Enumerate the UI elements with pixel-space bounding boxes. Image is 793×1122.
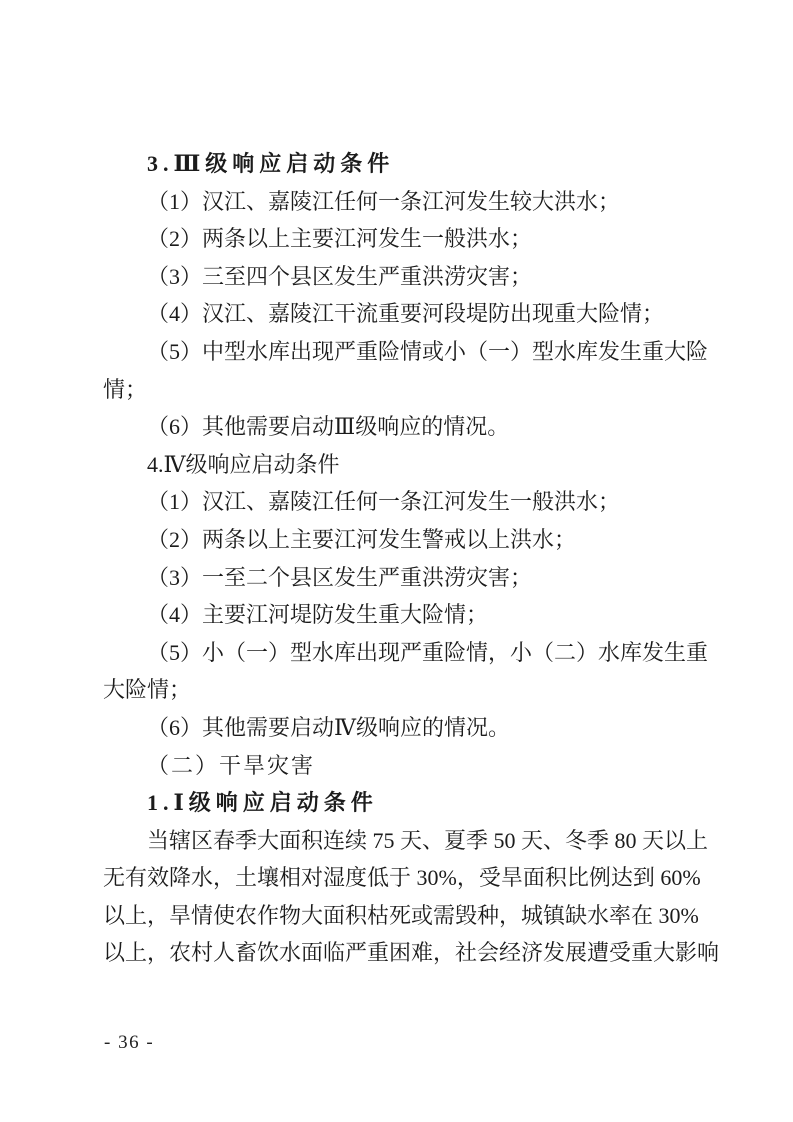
text-line: （4）主要江河堤防发生重大险情； — [103, 596, 715, 634]
text-line: （3）一至二个县区发生严重洪涝灾害； — [103, 559, 715, 597]
text-line: （5）中型水库出现严重险情或小（一）型水库发生重大险 — [103, 333, 715, 371]
text-line: （2）两条以上主要江河发生警戒以上洪水； — [103, 521, 715, 559]
heading-line: 3.Ⅲ级响应启动条件 — [103, 145, 715, 183]
text-line: 4.Ⅳ级响应启动条件 — [103, 446, 715, 484]
text-line: （1）汉江、嘉陵江任何一条江河发生一般洪水； — [103, 483, 715, 521]
text-line: （5）小（一）型水库出现严重险情，小（二）水库发生重 — [103, 634, 715, 672]
heading-line: 1.Ⅰ级响应启动条件 — [103, 784, 715, 822]
text-line: （6）其他需要启动Ⅳ级响应的情况。 — [103, 709, 715, 747]
text-line: （二）干旱灾害 — [103, 747, 715, 785]
page-number: - 36 - — [104, 1029, 154, 1057]
text-line: （6）其他需要启动Ⅲ级响应的情况。 — [103, 408, 715, 446]
document-text-block: 3.Ⅲ级响应启动条件（1）汉江、嘉陵江任何一条江河发生较大洪水；（2）两条以上主… — [103, 145, 715, 972]
text-line: （3）三至四个县区发生严重洪涝灾害； — [103, 258, 715, 296]
text-line: 大险情； — [103, 671, 715, 709]
text-line: 无有效降水，土壤相对湿度低于 30%，受旱面积比例达到 60% — [103, 859, 715, 897]
text-line: 以上，旱情使农作物大面积枯死或需毁种，城镇缺水率在 30% — [103, 897, 715, 935]
document-page: 3.Ⅲ级响应启动条件（1）汉江、嘉陵江任何一条江河发生较大洪水；（2）两条以上主… — [0, 0, 793, 1122]
text-line: 以上，农村人畜饮水面临严重困难，社会经济发展遭受重大影响 — [103, 934, 715, 972]
text-line: （2）两条以上主要江河发生一般洪水； — [103, 220, 715, 258]
text-line: （1）汉江、嘉陵江任何一条江河发生较大洪水； — [103, 183, 715, 221]
text-line: （4）汉江、嘉陵江干流重要河段堤防出现重大险情； — [103, 295, 715, 333]
text-line: 当辖区春季大面积连续 75 天、夏季 50 天、冬季 80 天以上 — [103, 822, 715, 860]
text-line: 情； — [103, 371, 715, 409]
